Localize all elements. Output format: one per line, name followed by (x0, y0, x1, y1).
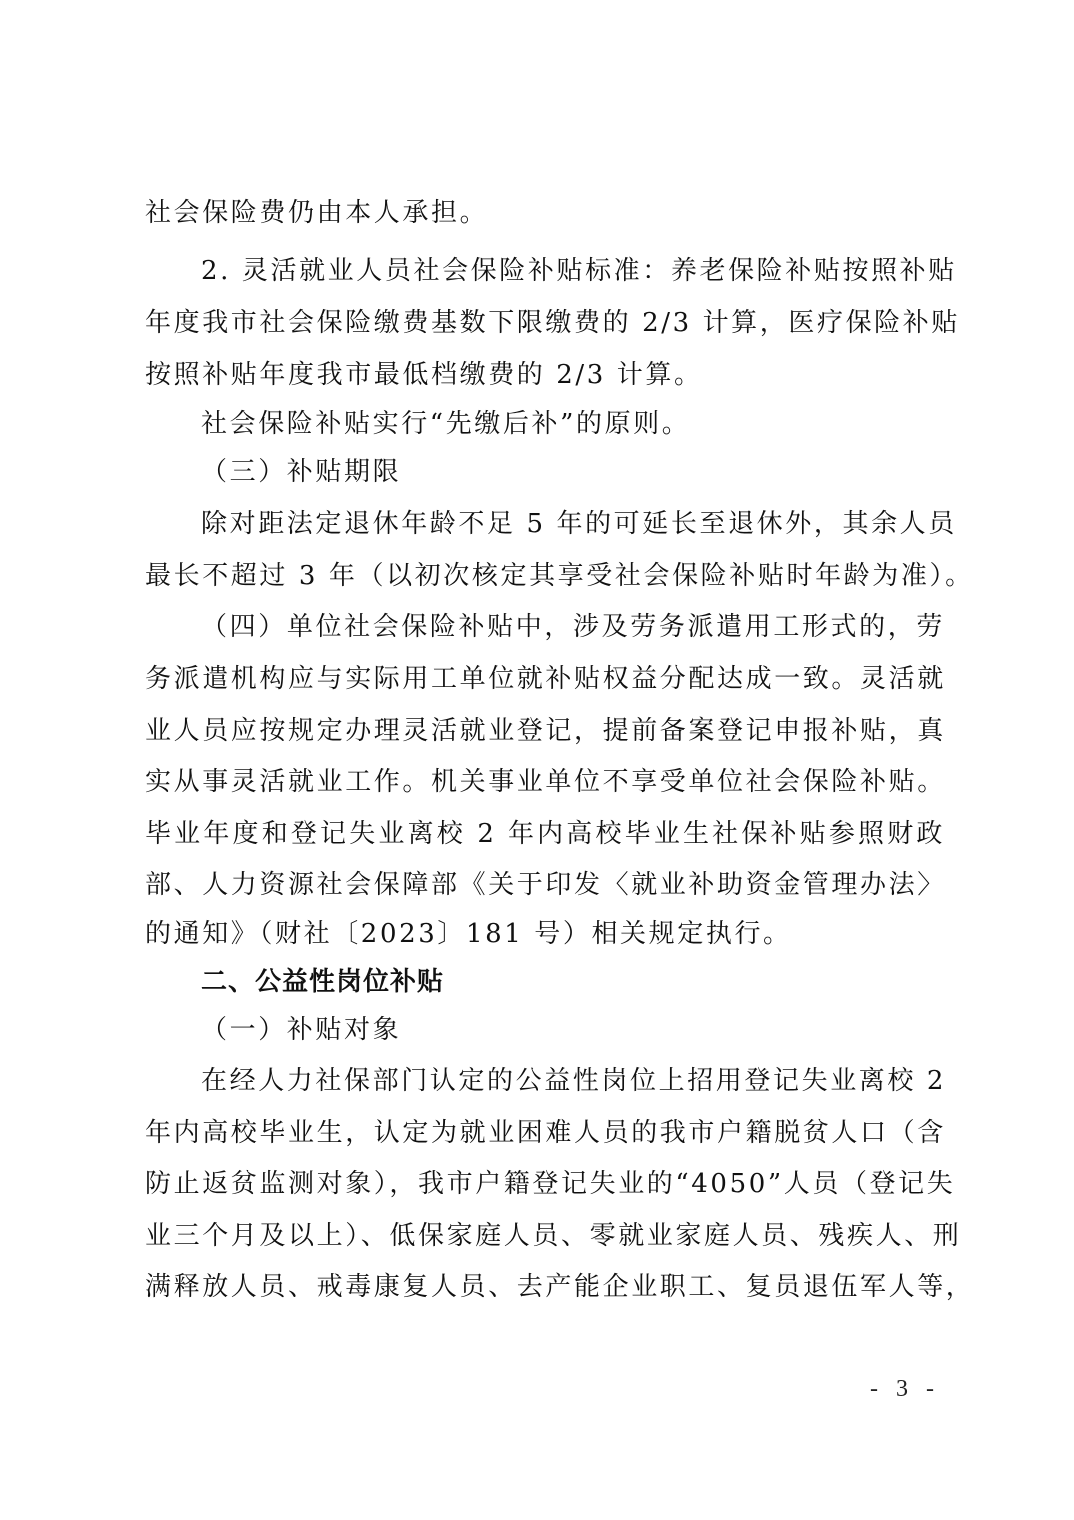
paragraph-line: 除对距法定退休年龄不足 5 年的可延长至退休外，其余人员 (201, 508, 945, 540)
paragraph-line: 满释放人员、戒毒康复人员、去产能企业职工、复员退伍军人等， (145, 1271, 945, 1303)
paragraph-line: 毕业年度和登记失业离校 2 年内高校毕业生社保补贴参照财政 (145, 818, 945, 850)
paragraph-line: 务派遣机构应与实际用工单位就补贴权益分配达成一致。灵活就 (145, 663, 945, 695)
page-number: - 3 - (870, 1376, 940, 1403)
paragraph-line: 2. 灵活就业人员社会保险补贴标准：养老保险补贴按照补贴 (201, 255, 945, 287)
paragraph-line: 的通知》（财社〔2023〕181 号）相关规定执行。 (145, 918, 945, 950)
subsection-title: （三）补贴期限 (201, 456, 945, 488)
paragraph-line: 部、人力资源社会保障部《关于印发〈就业补助资金管理办法〉 (145, 869, 945, 901)
paragraph-line: 在经人力社保部门认定的公益性岗位上招用登记失业离校 2 (201, 1065, 945, 1097)
paragraph-line: 年度我市社会保险缴费基数下限缴费的 2/3 计算，医疗保险补贴 (145, 307, 945, 339)
paragraph-line: 业人员应按规定办理灵活就业登记，提前备案登记申报补贴，真 (145, 715, 945, 747)
paragraph-line: 年内高校毕业生，认定为就业困难人员的我市户籍脱贫人口（含 (145, 1117, 945, 1149)
paragraph-line: 实从事灵活就业工作。机关事业单位不享受单位社会保险补贴。 (145, 766, 945, 798)
paragraph-line: 最长不超过 3 年（以初次核定其享受社会保险补贴时年龄为准）。 (145, 560, 945, 592)
paragraph-line: 按照补贴年度我市最低档缴费的 2/3 计算。 (145, 359, 945, 391)
subsection-title: （一）补贴对象 (201, 1014, 945, 1046)
paragraph-line: 防止返贫监测对象），我市户籍登记失业的“4050”人员（登记失 (145, 1168, 945, 1200)
paragraph-line: 社会保险补贴实行“先缴后补”的原则。 (201, 408, 945, 440)
section-heading: 二、公益性岗位补贴 (201, 966, 945, 998)
paragraph-line: 业三个月及以上）、低保家庭人员、零就业家庭人员、残疾人、刑 (145, 1220, 945, 1252)
paragraph-line: （四）单位社会保险补贴中，涉及劳务派遣用工形式的，劳 (201, 611, 945, 643)
document-page: 社会保险费仍由本人承担。 2. 灵活就业人员社会保险补贴标准：养老保险补贴按照补… (0, 0, 1074, 1520)
paragraph-line: 社会保险费仍由本人承担。 (145, 197, 945, 229)
